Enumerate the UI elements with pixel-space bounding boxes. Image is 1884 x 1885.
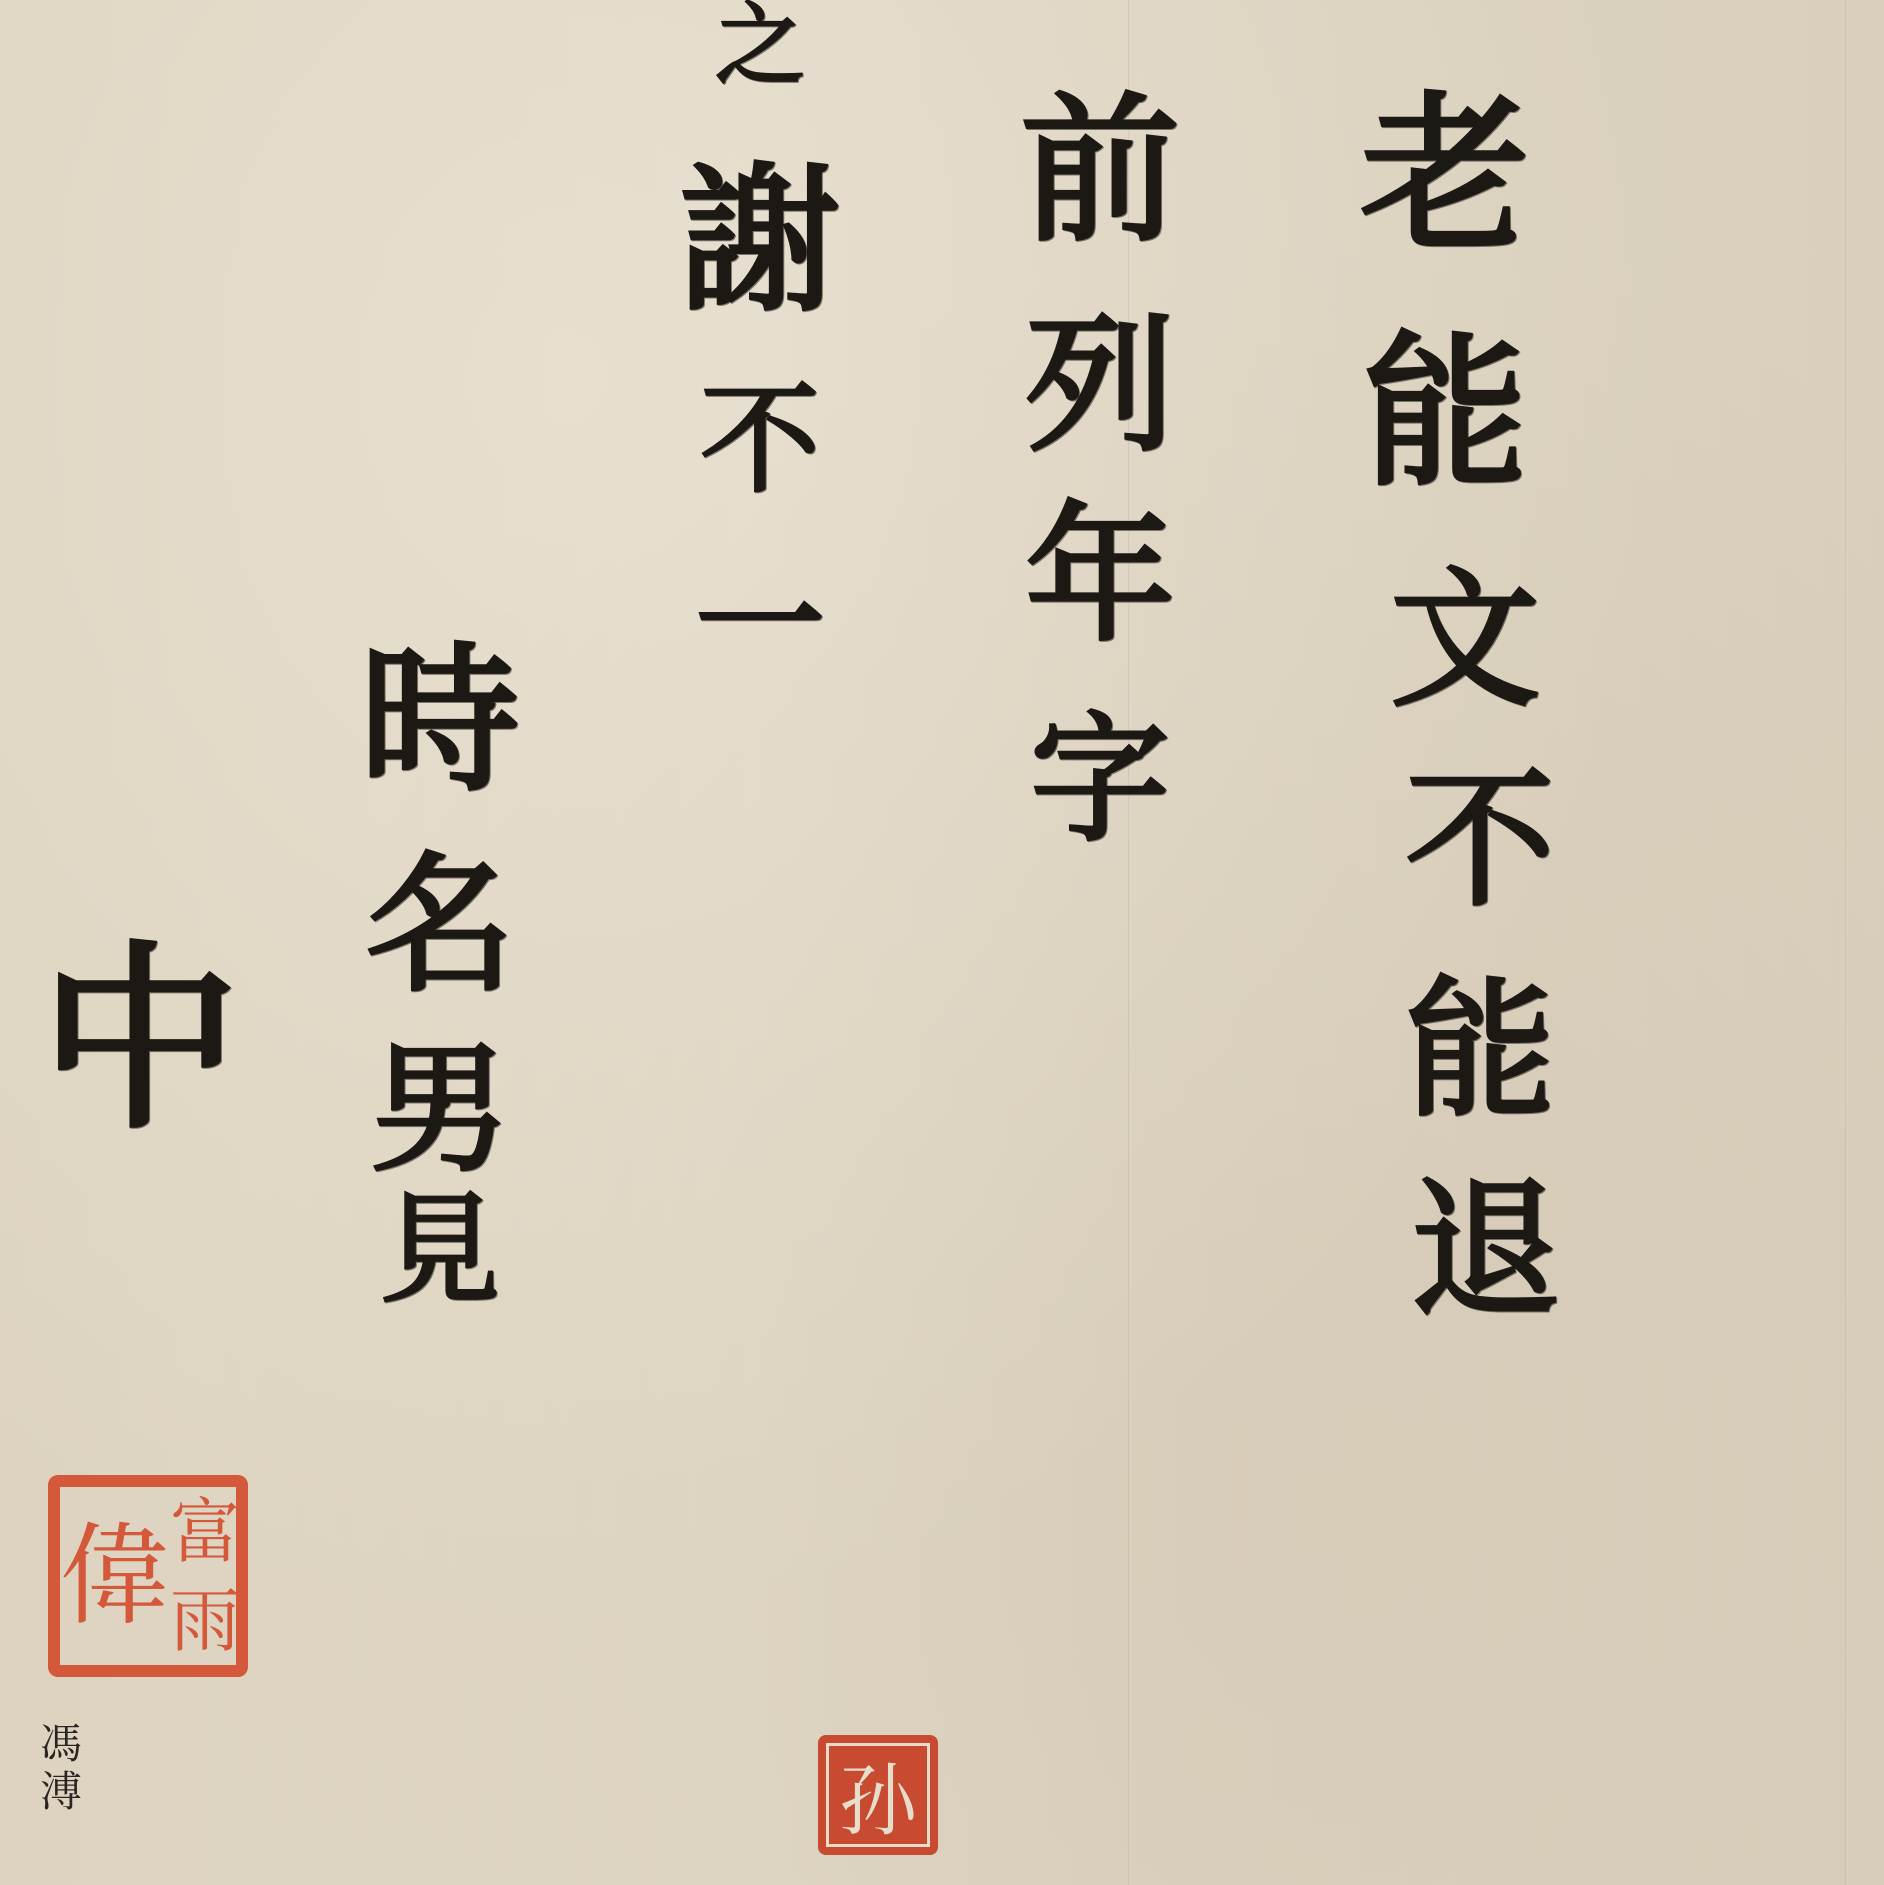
calligraphy-char: 見: [380, 1190, 500, 1310]
calligraphy-column-2: 前 列 年 字: [1020, 90, 1180, 850]
collector-label: 馮 溥: [40, 1720, 82, 1817]
calligraphy-char: 時: [360, 640, 520, 800]
calligraphy-char: 列: [1025, 310, 1175, 460]
calligraphy-paper: 老 能 文 不 能 退 前 列 年 字 之 謝 不 一 時 名 男 見 中 偉 …: [0, 0, 1884, 1885]
label-char: 溥: [40, 1768, 82, 1816]
calligraphy-char: 退: [1410, 1175, 1560, 1325]
seal-char: 孙: [839, 1739, 917, 1851]
calligraphy-char: 字: [1030, 710, 1170, 850]
calligraphy-char: 能: [1405, 975, 1555, 1125]
calligraphy-char: 年: [1025, 500, 1175, 650]
red-seal-small: 孙: [818, 1735, 938, 1855]
calligraphy-char: 之: [715, 0, 805, 90]
calligraphy-char: 能: [1363, 330, 1528, 495]
seal-char: 雨: [170, 1586, 240, 1656]
label-char: 馮: [40, 1720, 82, 1768]
calligraphy-column-1: 老 能 文 不 能 退: [1330, 90, 1560, 1325]
calligraphy-char: 老: [1360, 90, 1530, 260]
red-seal-large: 偉 富 雨: [48, 1475, 248, 1677]
calligraphy-char: 謝: [680, 160, 840, 320]
calligraphy-column-3: 之 謝 不 一: [680, 0, 840, 690]
paper-fold-line: [1845, 0, 1848, 1885]
calligraphy-column-5: 中: [40, 940, 240, 1140]
calligraphy-column-4: 時 名 男 見: [360, 640, 520, 1310]
seal-char: 偉: [60, 1521, 170, 1631]
calligraphy-char: 名: [365, 850, 515, 1000]
calligraphy-char: 一: [695, 560, 825, 690]
calligraphy-char: 男: [370, 1040, 510, 1180]
calligraphy-char: 前: [1020, 90, 1180, 250]
calligraphy-char: 不: [700, 380, 820, 500]
seal-char: 富: [170, 1497, 240, 1567]
calligraphy-char: 中: [40, 940, 240, 1140]
calligraphy-char: 文: [1390, 565, 1540, 715]
calligraphy-char: 不: [1405, 765, 1555, 915]
